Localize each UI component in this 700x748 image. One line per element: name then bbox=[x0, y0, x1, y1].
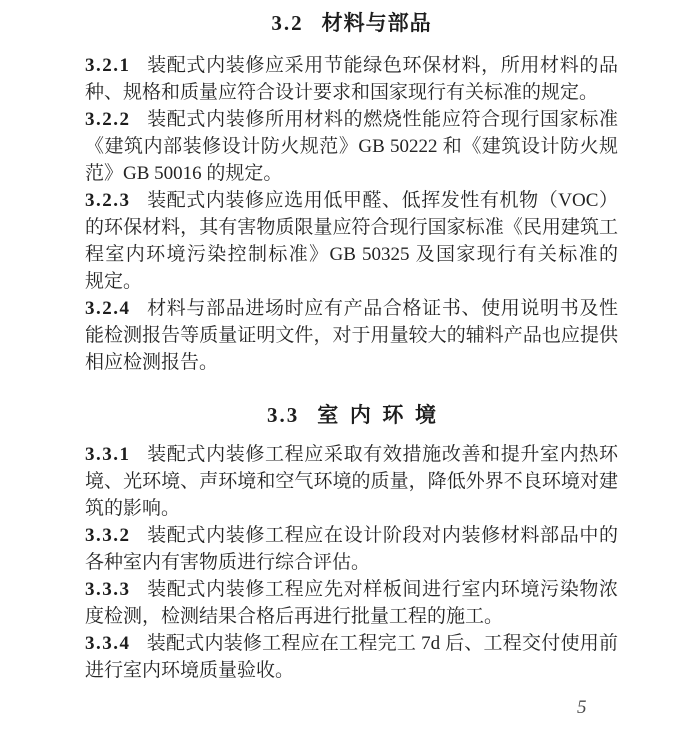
clause-number: 3.2.1 bbox=[85, 55, 131, 76]
clause-number: 3.2.3 bbox=[85, 190, 131, 211]
clause-line: 筑的影响。 bbox=[85, 495, 618, 522]
clause-line: 境、光环境、声环境和空气环境的质量，降低外界不良环境对建 bbox=[85, 468, 618, 495]
clause-line: 规定。 bbox=[85, 268, 618, 295]
clause-3-2-4: 3.2.4材料与部品进场时应有产品合格证书、使用说明书及性 能检测报告等质量证明… bbox=[85, 295, 618, 376]
clause-text: 装配式内装修工程应在设计阶段对内装修材料部品中的 bbox=[147, 525, 619, 546]
clause-number: 3.2.2 bbox=[85, 109, 131, 130]
clause-line: 3.3.1装配式内装修工程应采取有效措施改善和提升室内热环 bbox=[85, 441, 618, 468]
clause-3-3-1: 3.3.1装配式内装修工程应采取有效措施改善和提升室内热环 境、光环境、声环境和… bbox=[85, 441, 618, 522]
clause-line: 进行室内环境质量验收。 bbox=[85, 657, 618, 684]
clause-line: 的环保材料，其有害物质限量应符合现行国家标准《民用建筑工 bbox=[85, 214, 618, 241]
clause-line: 《建筑内部装修设计防火规范》GB 50222 和《建筑设计防火规 bbox=[85, 133, 618, 160]
clause-number: 3.3.1 bbox=[85, 444, 131, 465]
clause-line: 相应检测报告。 bbox=[85, 349, 618, 376]
clause-line: 能检测报告等质量证明文件，对于用量较大的辅料产品也应提供 bbox=[85, 322, 618, 349]
clause-line: 3.2.3装配式内装修应选用低甲醛、低挥发性有机物（VOC） bbox=[85, 187, 618, 214]
clause-3-2-1: 3.2.1装配式内装修应采用节能绿色环保材料，所用材料的品 种、规格和质量应符合… bbox=[85, 52, 618, 106]
section-number: 3.3 bbox=[267, 403, 299, 427]
clause-line: 3.3.4装配式内装修工程应在工程完工 7d 后、工程交付使用前 bbox=[85, 630, 618, 657]
clause-text: 装配式内装修所用材料的燃烧性能应符合现行国家标准 bbox=[147, 109, 619, 130]
clause-line: 3.2.1装配式内装修应采用节能绿色环保材料，所用材料的品 bbox=[85, 52, 618, 79]
section-heading-materials: 3.2材料与部品 bbox=[85, 9, 618, 37]
clause-line: 度检测，检测结果合格后再进行批量工程的施工。 bbox=[85, 603, 618, 630]
clause-line: 3.2.4材料与部品进场时应有产品合格证书、使用说明书及性 bbox=[85, 295, 618, 322]
clause-line: 各种室内有害物质进行综合评估。 bbox=[85, 549, 618, 576]
clause-line: 种、规格和质量应符合设计要求和国家现行有关标准的规定。 bbox=[85, 79, 618, 106]
clause-number: 3.2.4 bbox=[85, 298, 131, 319]
clause-text: 材料与部品进场时应有产品合格证书、使用说明书及性 bbox=[147, 298, 619, 319]
section-number: 3.2 bbox=[271, 11, 303, 35]
clause-line: 3.2.2装配式内装修所用材料的燃烧性能应符合现行国家标准 bbox=[85, 106, 618, 133]
clause-text: 装配式内装修工程应在工程完工 7d 后、工程交付使用前 bbox=[147, 633, 619, 654]
clause-3-2-3: 3.2.3装配式内装修应选用低甲醛、低挥发性有机物（VOC） 的环保材料，其有害… bbox=[85, 187, 618, 295]
clause-text: 装配式内装修工程应先对样板间进行室内环境污染物浓 bbox=[147, 579, 619, 600]
clause-3-2-2: 3.2.2装配式内装修所用材料的燃烧性能应符合现行国家标准 《建筑内部装修设计防… bbox=[85, 106, 618, 187]
clause-text: 装配式内装修应采用节能绿色环保材料，所用材料的品 bbox=[147, 55, 619, 76]
clause-text: 装配式内装修应选用低甲醛、低挥发性有机物（VOC） bbox=[147, 190, 619, 211]
clause-text: 装配式内装修工程应采取有效措施改善和提升室内热环 bbox=[147, 444, 619, 465]
section-title: 室内环境 bbox=[317, 403, 447, 427]
clause-number: 3.3.3 bbox=[85, 579, 131, 600]
clause-3-3-4: 3.3.4装配式内装修工程应在工程完工 7d 后、工程交付使用前 进行室内环境质… bbox=[85, 630, 618, 684]
clause-line: 3.3.2装配式内装修工程应在设计阶段对内装修材料部品中的 bbox=[85, 522, 618, 549]
page-content: 3.2材料与部品 3.2.1装配式内装修应采用节能绿色环保材料，所用材料的品 种… bbox=[85, 9, 618, 684]
document-page: 3.2材料与部品 3.2.1装配式内装修应采用节能绿色环保材料，所用材料的品 种… bbox=[0, 0, 700, 748]
clause-line: 范》GB 50016 的规定。 bbox=[85, 160, 618, 187]
clause-3-3-2: 3.3.2装配式内装修工程应在设计阶段对内装修材料部品中的 各种室内有害物质进行… bbox=[85, 522, 618, 576]
clause-number: 3.3.2 bbox=[85, 525, 131, 546]
clause-number: 3.3.4 bbox=[85, 633, 131, 654]
page-number: 5 bbox=[577, 697, 587, 719]
section-title: 材料与部品 bbox=[322, 11, 432, 35]
clause-line: 程室内环境污染控制标准》GB 50325 及国家现行有关标准的 bbox=[85, 241, 618, 268]
section-heading-indoor-environment: 3.3室内环境 bbox=[85, 401, 618, 429]
clause-3-3-3: 3.3.3装配式内装修工程应先对样板间进行室内环境污染物浓 度检测，检测结果合格… bbox=[85, 576, 618, 630]
clause-line: 3.3.3装配式内装修工程应先对样板间进行室内环境污染物浓 bbox=[85, 576, 618, 603]
